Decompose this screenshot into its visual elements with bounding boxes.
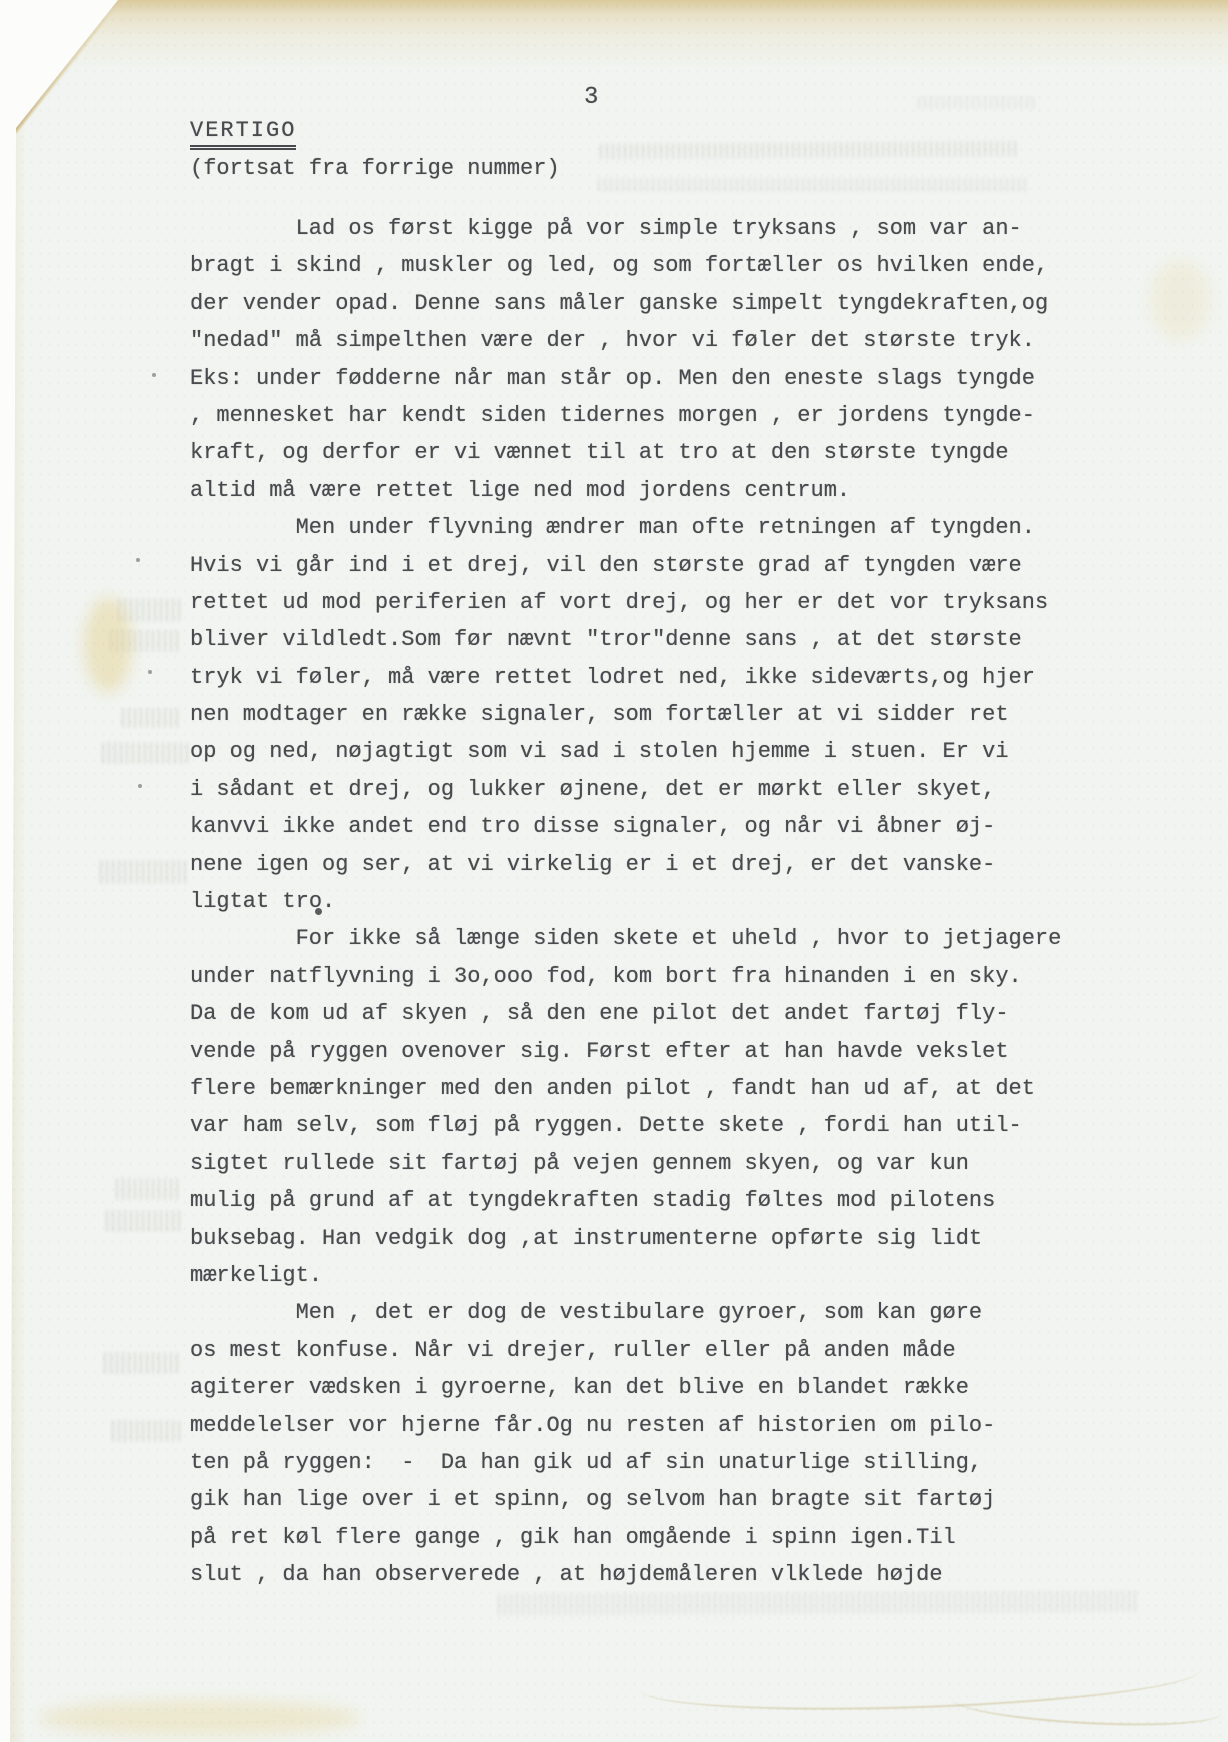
text-line: For ikke så længe siden skete et uheld ,… [190,920,1090,957]
text-line: kraft, og derfor er vi vænnet til at tro… [190,434,1090,471]
text-line: Da de kom ud af skyen , så den ene pilot… [190,995,1090,1032]
paper-crease [639,1642,1201,1718]
text-line: op og ned, nøjagtigt som vi sad i stolen… [190,733,1090,770]
text-line: meddelelser vor hjerne får.Og nu resten … [190,1407,1090,1444]
text-line: altid må være rettet lige ned mod jorden… [190,472,1090,509]
body-text: Lad os først kigge på vor simple tryksan… [190,210,1090,1593]
text-line: os mest konfuse. Når vi drejer, ruller e… [190,1332,1090,1369]
article-subtitle: (fortsat fra forrige nummer) [190,156,560,181]
text-line: vende på ryggen ovenover sig. Først efte… [190,1033,1090,1070]
text-line: mærkeligt. [190,1257,1090,1294]
age-stain [84,598,132,692]
text-line: kanvvi ikke andet end tro disse signaler… [190,808,1090,845]
ink-dot [148,670,152,674]
text-line: slut , da han observerede , at højdemåle… [190,1556,1090,1593]
text-line: flere bemærkninger med den anden pilot ,… [190,1070,1090,1107]
bleed-through-smudge [112,1420,180,1442]
paper-crease [951,1681,1223,1731]
bleed-through-smudge [106,1210,184,1232]
age-stain [40,1700,360,1736]
text-line: buksebag. Han vedgik dog ,at instrumente… [190,1220,1090,1257]
aged-paper-left-edge [10,120,26,1742]
page-number: 3 [584,84,598,111]
document-page: 3 VERTIGO (fortsat fra forrige nummer) L… [0,0,1228,1742]
text-line: tryk vi føler, må være rettet lodret ned… [190,659,1090,696]
aged-paper-top-edge [0,0,1228,70]
age-stain [1150,260,1210,340]
bleed-through-smudge [498,1590,1138,1615]
text-line: nen modtager en række signaler, som fort… [190,696,1090,733]
bleed-through-smudge [116,1178,180,1200]
text-line: agiterer vædsken i gyroerne, kan det bli… [190,1369,1090,1406]
text-line: Men , det er dog de vestibulare gyroer, … [190,1294,1090,1331]
text-line: på ret køl flere gange , gik han omgåend… [190,1519,1090,1556]
text-line: sigtet rullede sit fartøj på vejen genne… [190,1145,1090,1182]
text-line: var ham selv, som fløj på ryggen. Dette … [190,1107,1090,1144]
text-line: , mennesket har kendt siden tidernes mor… [190,397,1090,434]
ink-dot [152,373,156,377]
text-line: mulig på grund af at tyngdekraften stadi… [190,1182,1090,1219]
bleed-through-smudge [598,178,1028,192]
text-line: der vender opad. Denne sans måler ganske… [190,285,1090,322]
text-line: bliver vildledt.Som før nævnt "tror"denn… [190,621,1090,658]
text-line: nene igen og ser, at vi virkelig er i et… [190,846,1090,883]
bleed-through-smudge [100,860,190,884]
text-line: "nedad" må simpelthen være der , hvor vi… [190,322,1090,359]
text-line: bragt i skind , muskler og led, og som f… [190,247,1090,284]
bleed-through-smudge [118,598,180,622]
text-line: i sådant et drej, og lukker øjnene, det … [190,771,1090,808]
text-line: ligtat tro. [190,883,1090,920]
text-line: Men under flyvning ændrer man ofte retni… [190,509,1090,546]
text-line: Lad os først kigge på vor simple tryksan… [190,210,1090,247]
ink-dot [138,784,142,788]
text-line: Eks: under fødderne når man står op. Men… [190,360,1090,397]
bleed-through-smudge [918,96,1038,109]
article-title: VERTIGO [190,118,296,150]
text-line: ten på ryggen: - Da han gik ud af sin un… [190,1444,1090,1481]
bleed-through-smudge [600,141,1020,160]
bleed-through-smudge [122,708,180,728]
text-line: Hvis vi går ind i et drej, vil den størs… [190,547,1090,584]
text-line: gik han lige over i et spinn, og selvom … [190,1481,1090,1518]
ink-dot [136,558,140,562]
text-line: under natflyvning i 3o,ooo fod, kom bort… [190,958,1090,995]
bleed-through-smudge [102,742,188,764]
scan-background: 3 VERTIGO (fortsat fra forrige nummer) L… [0,0,1228,1742]
bleed-through-smudge [110,630,182,652]
bleed-through-smudge [104,1352,178,1374]
text-line: rettet ud mod periferien af vort drej, o… [190,584,1090,621]
